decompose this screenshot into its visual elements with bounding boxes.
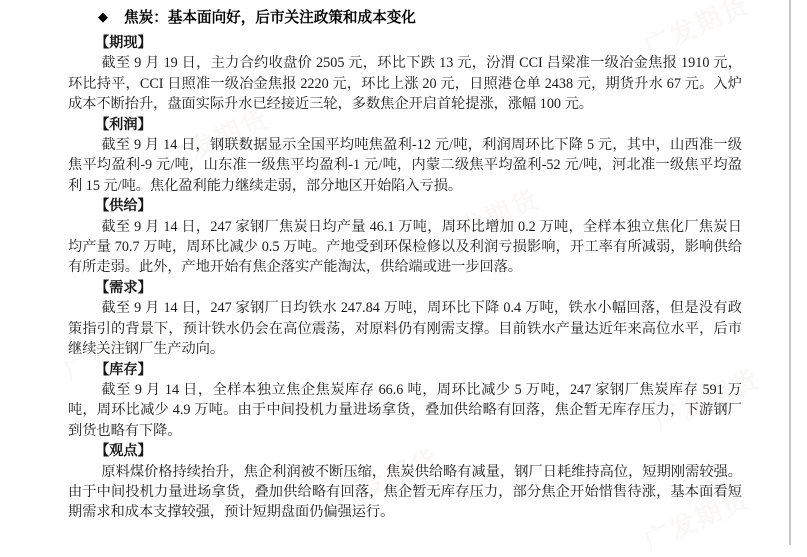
report-title: ◆ 焦炭：基本面向好，后市关注政策和成本变化 [68, 8, 742, 28]
page-edge-rule [789, 0, 791, 545]
section-header: 【供给】 [68, 196, 742, 216]
report-sections: 【期现】 截至 9 月 19 日，主力合约收盘价 2505 元，环比下跌 13 … [68, 33, 742, 523]
section-header: 【利润】 [68, 115, 742, 135]
report-page: 广发期货 广发期货 广发期货 广发期货 广发期货 广发期货 广发期货 ◆ 焦炭：… [0, 0, 807, 557]
report-content: ◆ 焦炭：基本面向好，后市关注政策和成本变化 【期现】 截至 9 月 19 日，… [0, 0, 742, 523]
section-body: 截至 9 月 14 日，247 家钢厂焦炭日均产量 46.1 万吨，周环比增加 … [68, 217, 742, 278]
section-body: 截至 9 月 14 日，钢联数据显示全国平均吨焦盈利-12 元/吨，利润周环比下… [68, 135, 742, 196]
section-header: 【库存】 [68, 360, 742, 380]
section-header: 【观点】 [68, 441, 742, 461]
section-gongji: 【供给】 截至 9 月 14 日，247 家钢厂焦炭日均产量 46.1 万吨，周… [68, 196, 742, 278]
section-body: 截至 9 月 14 日，247 家钢厂日均铁水 247.84 万吨，周环比下降 … [68, 298, 742, 359]
section-lirun: 【利润】 截至 9 月 14 日，钢联数据显示全国平均吨焦盈利-12 元/吨，利… [68, 115, 742, 197]
section-guandian: 【观点】 原料煤价格持续抬升，焦企利润被不断压缩，焦炭供给略有减量，钢厂日耗维持… [68, 441, 742, 523]
section-xuqiu: 【需求】 截至 9 月 14 日，247 家钢厂日均铁水 247.84 万吨，周… [68, 278, 742, 360]
section-body: 原料煤价格持续抬升，焦企利润被不断压缩，焦炭供给略有减量，钢厂日耗维持高位，短期… [68, 462, 742, 523]
section-kucun: 【库存】 截至 9 月 14 日，全样本独立焦企焦炭库存 66.6 吨，周环比减… [68, 360, 742, 442]
report-title-text: 焦炭：基本面向好，后市关注政策和成本变化 [124, 8, 416, 28]
section-header: 【期现】 [68, 33, 742, 53]
section-qixian: 【期现】 截至 9 月 19 日，主力合约收盘价 2505 元，环比下跌 13 … [68, 33, 742, 115]
section-body: 截至 9 月 14 日，全样本独立焦企焦炭库存 66.6 吨，周环比减少 5 万… [68, 380, 742, 441]
diamond-bullet-icon: ◆ [98, 7, 108, 27]
section-header: 【需求】 [68, 278, 742, 298]
section-body: 截至 9 月 19 日，主力合约收盘价 2505 元，环比下跌 13 元，汾渭 … [68, 53, 742, 114]
